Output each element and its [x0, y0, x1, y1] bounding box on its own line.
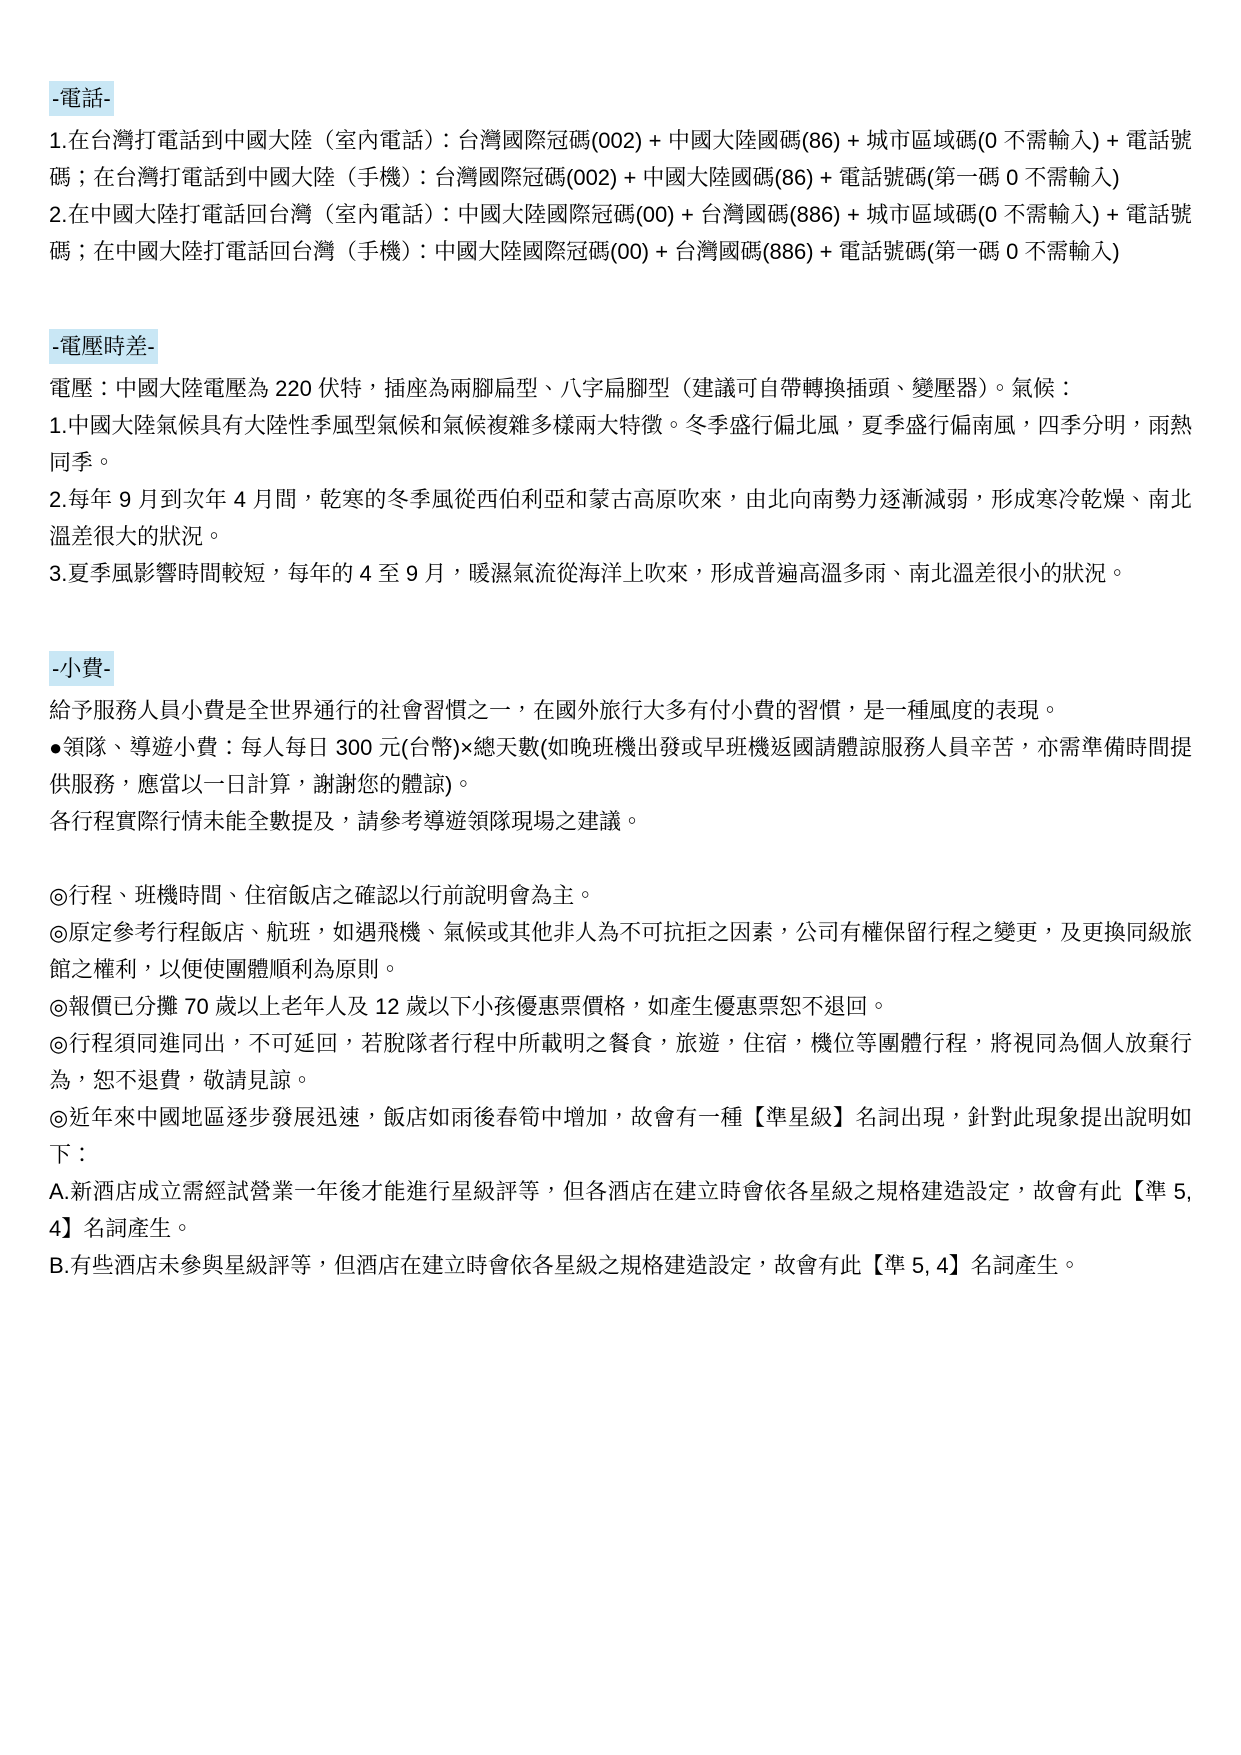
paragraph: 3.夏季風影響時間較短，每年的 4 至 9 月，暖濕氣流從海洋上吹來，形成普遍高… [49, 555, 1192, 592]
paragraph: 1.在台灣打電話到中國大陸（室內電話）：台灣國際冠碼(002) + 中國大陸國碼… [49, 122, 1192, 196]
blank-line [49, 840, 1192, 877]
paragraph: A.新酒店成立需經試營業一年後才能進行星級評等，但各酒店在建立時會依各星級之規格… [49, 1173, 1192, 1247]
paragraph: 1.中國大陸氣候具有大陸性季風型氣候和氣候複雜多樣兩大特徵。冬季盛行偏北風，夏季… [49, 407, 1192, 481]
paragraph: ●領隊、導遊小費：每人每日 300 元(台幣)×總天數(如晚班機出發或早班機返國… [49, 729, 1192, 803]
paragraph: ◎行程須同進同出，不可延回，若脫隊者行程中所載明之餐食，旅遊，住宿，機位等團體行… [49, 1025, 1192, 1099]
section-title: -電話- [49, 81, 114, 116]
paragraph: 各行程實際行情未能全數提及，請參考導遊領隊現場之建議。 [49, 803, 1192, 840]
paragraph: B.有些酒店未參與星級評等，但酒店在建立時會依各星級之規格建造設定，故會有此【準… [49, 1247, 1192, 1284]
document-content: -電話- 1.在台灣打電話到中國大陸（室內電話）：台灣國際冠碼(002) + 中… [0, 0, 1241, 1284]
section-header: -小費- [49, 650, 1192, 687]
paragraph: 電壓：中國大陸電壓為 220 伏特，插座為兩腳扁型、八字扁腳型（建議可自帶轉換插… [49, 370, 1192, 407]
section-title: -電壓時差- [49, 329, 158, 364]
section-3: -小費- 給予服務人員小費是全世界通行的社會習慣之一，在國外旅行大多有付小費的習… [49, 650, 1192, 1284]
paragraph: 2.在中國大陸打電話回台灣（室內電話）：中國大陸國際冠碼(00) + 台灣國碼(… [49, 196, 1192, 270]
section-paragraphs: 電壓：中國大陸電壓為 220 伏特，插座為兩腳扁型、八字扁腳型（建議可自帶轉換插… [49, 370, 1192, 592]
section-header: -電話- [49, 80, 1192, 117]
paragraph: ◎報價已分攤 70 歲以上老年人及 12 歲以下小孩優惠票價格，如產生優惠票恕不… [49, 988, 1192, 1025]
section-paragraphs: 給予服務人員小費是全世界通行的社會習慣之一，在國外旅行大多有付小費的習慣，是一種… [49, 692, 1192, 1284]
section-2: -電壓時差- 電壓：中國大陸電壓為 220 伏特，插座為兩腳扁型、八字扁腳型（建… [49, 328, 1192, 592]
section-1: -電話- 1.在台灣打電話到中國大陸（室內電話）：台灣國際冠碼(002) + 中… [49, 80, 1192, 270]
paragraph: ◎原定參考行程飯店、航班，如遇飛機、氣候或其他非人為不可抗拒之因素，公司有權保留… [49, 914, 1192, 988]
paragraph: ◎近年來中國地區逐步發展迅速，飯店如雨後春筍中增加，故會有一種【準星級】名詞出現… [49, 1099, 1192, 1173]
section-paragraphs: 1.在台灣打電話到中國大陸（室內電話）：台灣國際冠碼(002) + 中國大陸國碼… [49, 122, 1192, 270]
paragraph: 2.每年 9 月到次年 4 月間，乾寒的冬季風從西伯利亞和蒙古高原吹來，由北向南… [49, 481, 1192, 555]
section-header: -電壓時差- [49, 328, 1192, 365]
document-page: -電話- 1.在台灣打電話到中國大陸（室內電話）：台灣國際冠碼(002) + 中… [0, 0, 1241, 1284]
paragraph: ◎行程、班機時間、住宿飯店之確認以行前說明會為主。 [49, 877, 1192, 914]
section-title: -小費- [49, 651, 114, 686]
paragraph: 給予服務人員小費是全世界通行的社會習慣之一，在國外旅行大多有付小費的習慣，是一種… [49, 692, 1192, 729]
